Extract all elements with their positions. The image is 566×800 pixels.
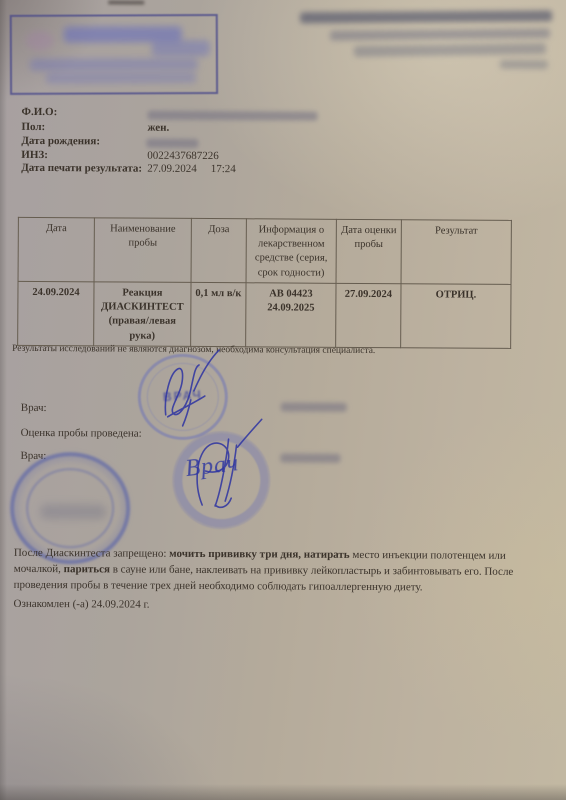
document-page: Ф.И.О: Пол: жен. Дата рождения: ИНЗ: 002…: [0, 0, 566, 800]
stamp-logo-blob: [26, 31, 54, 51]
fio-label: Ф.И.О:: [22, 106, 58, 118]
print-date: 27.09.2024: [147, 163, 197, 175]
stamp-redacted-blob: [152, 40, 210, 56]
inz-value: 0022437687226: [147, 150, 219, 162]
fio-value-redacted: [148, 111, 318, 121]
dob-value-redacted: [146, 139, 198, 148]
doctor-round-stamp: ВРАЧ: [138, 354, 229, 441]
print-date-value: 27.09.202417:24: [147, 163, 236, 176]
print-time: 17:24: [211, 163, 236, 175]
clinic-header-redacted-line: [500, 60, 548, 69]
clinic-header-redacted-line: [354, 43, 546, 57]
doctor-name-redacted: [281, 402, 347, 411]
inz-label: ИНЗ:: [21, 149, 48, 161]
table-row: 24.09.2024 Реакция ДИАСКИНТЕСТ (правая/л…: [18, 281, 511, 348]
cell-dose: 0,1 мл в/к: [191, 282, 246, 346]
paper-edge-smudge: [108, 0, 144, 4]
document-photo: Ф.И.О: Пол: жен. Дата рождения: ИНЗ: 002…: [0, 0, 566, 800]
col-date: Дата: [18, 217, 94, 281]
print-date-label: Дата печати результата:: [21, 162, 142, 175]
photo-left-shadow: [0, 0, 7, 800]
stamp-redacted-blob: [30, 58, 198, 71]
cell-date: 24.09.2024: [18, 281, 94, 345]
aftercare-text: После Диаскинтеста запрещено:: [14, 547, 169, 560]
aftercare-paragraph: После Диаскинтеста запрещено: мочить при…: [14, 545, 547, 596]
cell-test-name: Реакция ДИАСКИНТЕСТ (правая/левая рука): [94, 282, 191, 346]
evaluation-label: Оценка пробы проведена:: [21, 427, 142, 440]
results-table: Дата Наименование пробы Доза Информация …: [17, 217, 512, 349]
acknowledged-line: Ознакомлен (-а) 24.09.2024 г.: [14, 598, 150, 611]
sex-value: жен.: [147, 122, 169, 134]
stamp-redacted-blob: [46, 72, 196, 84]
doctor-label: Врач:: [21, 402, 47, 414]
col-test-name: Наименование пробы: [94, 218, 191, 283]
clinic-header-redacted-line: [330, 28, 550, 40]
sex-label: Пол:: [21, 121, 45, 133]
col-result: Результат: [401, 220, 511, 285]
aftercare-bold: мочить прививку три дня, натирать: [169, 548, 350, 561]
cell-result: ОТРИЦ.: [401, 284, 511, 348]
col-drug-info: Информация о лекарственном средстве (сер…: [246, 219, 336, 284]
clinic-header-redacted-line: [300, 10, 552, 23]
clinic-rect-stamp: [10, 14, 218, 95]
table-header-row: Дата Наименование пробы Доза Информация …: [18, 217, 511, 284]
doctor2-name-redacted: [280, 453, 340, 462]
photo-bottom-shadow: [0, 784, 566, 800]
cell-eval-date: 27.09.2024: [336, 283, 401, 347]
stamp-redacted-blob: [40, 504, 106, 519]
cell-drug-info: АВ 04423 24.09.2025: [246, 283, 336, 347]
col-dose: Доза: [191, 218, 246, 282]
dob-label: Дата рождения:: [21, 135, 100, 147]
col-eval-date: Дата оценки пробы: [336, 219, 401, 283]
aftercare-bold: париться: [64, 563, 110, 575]
